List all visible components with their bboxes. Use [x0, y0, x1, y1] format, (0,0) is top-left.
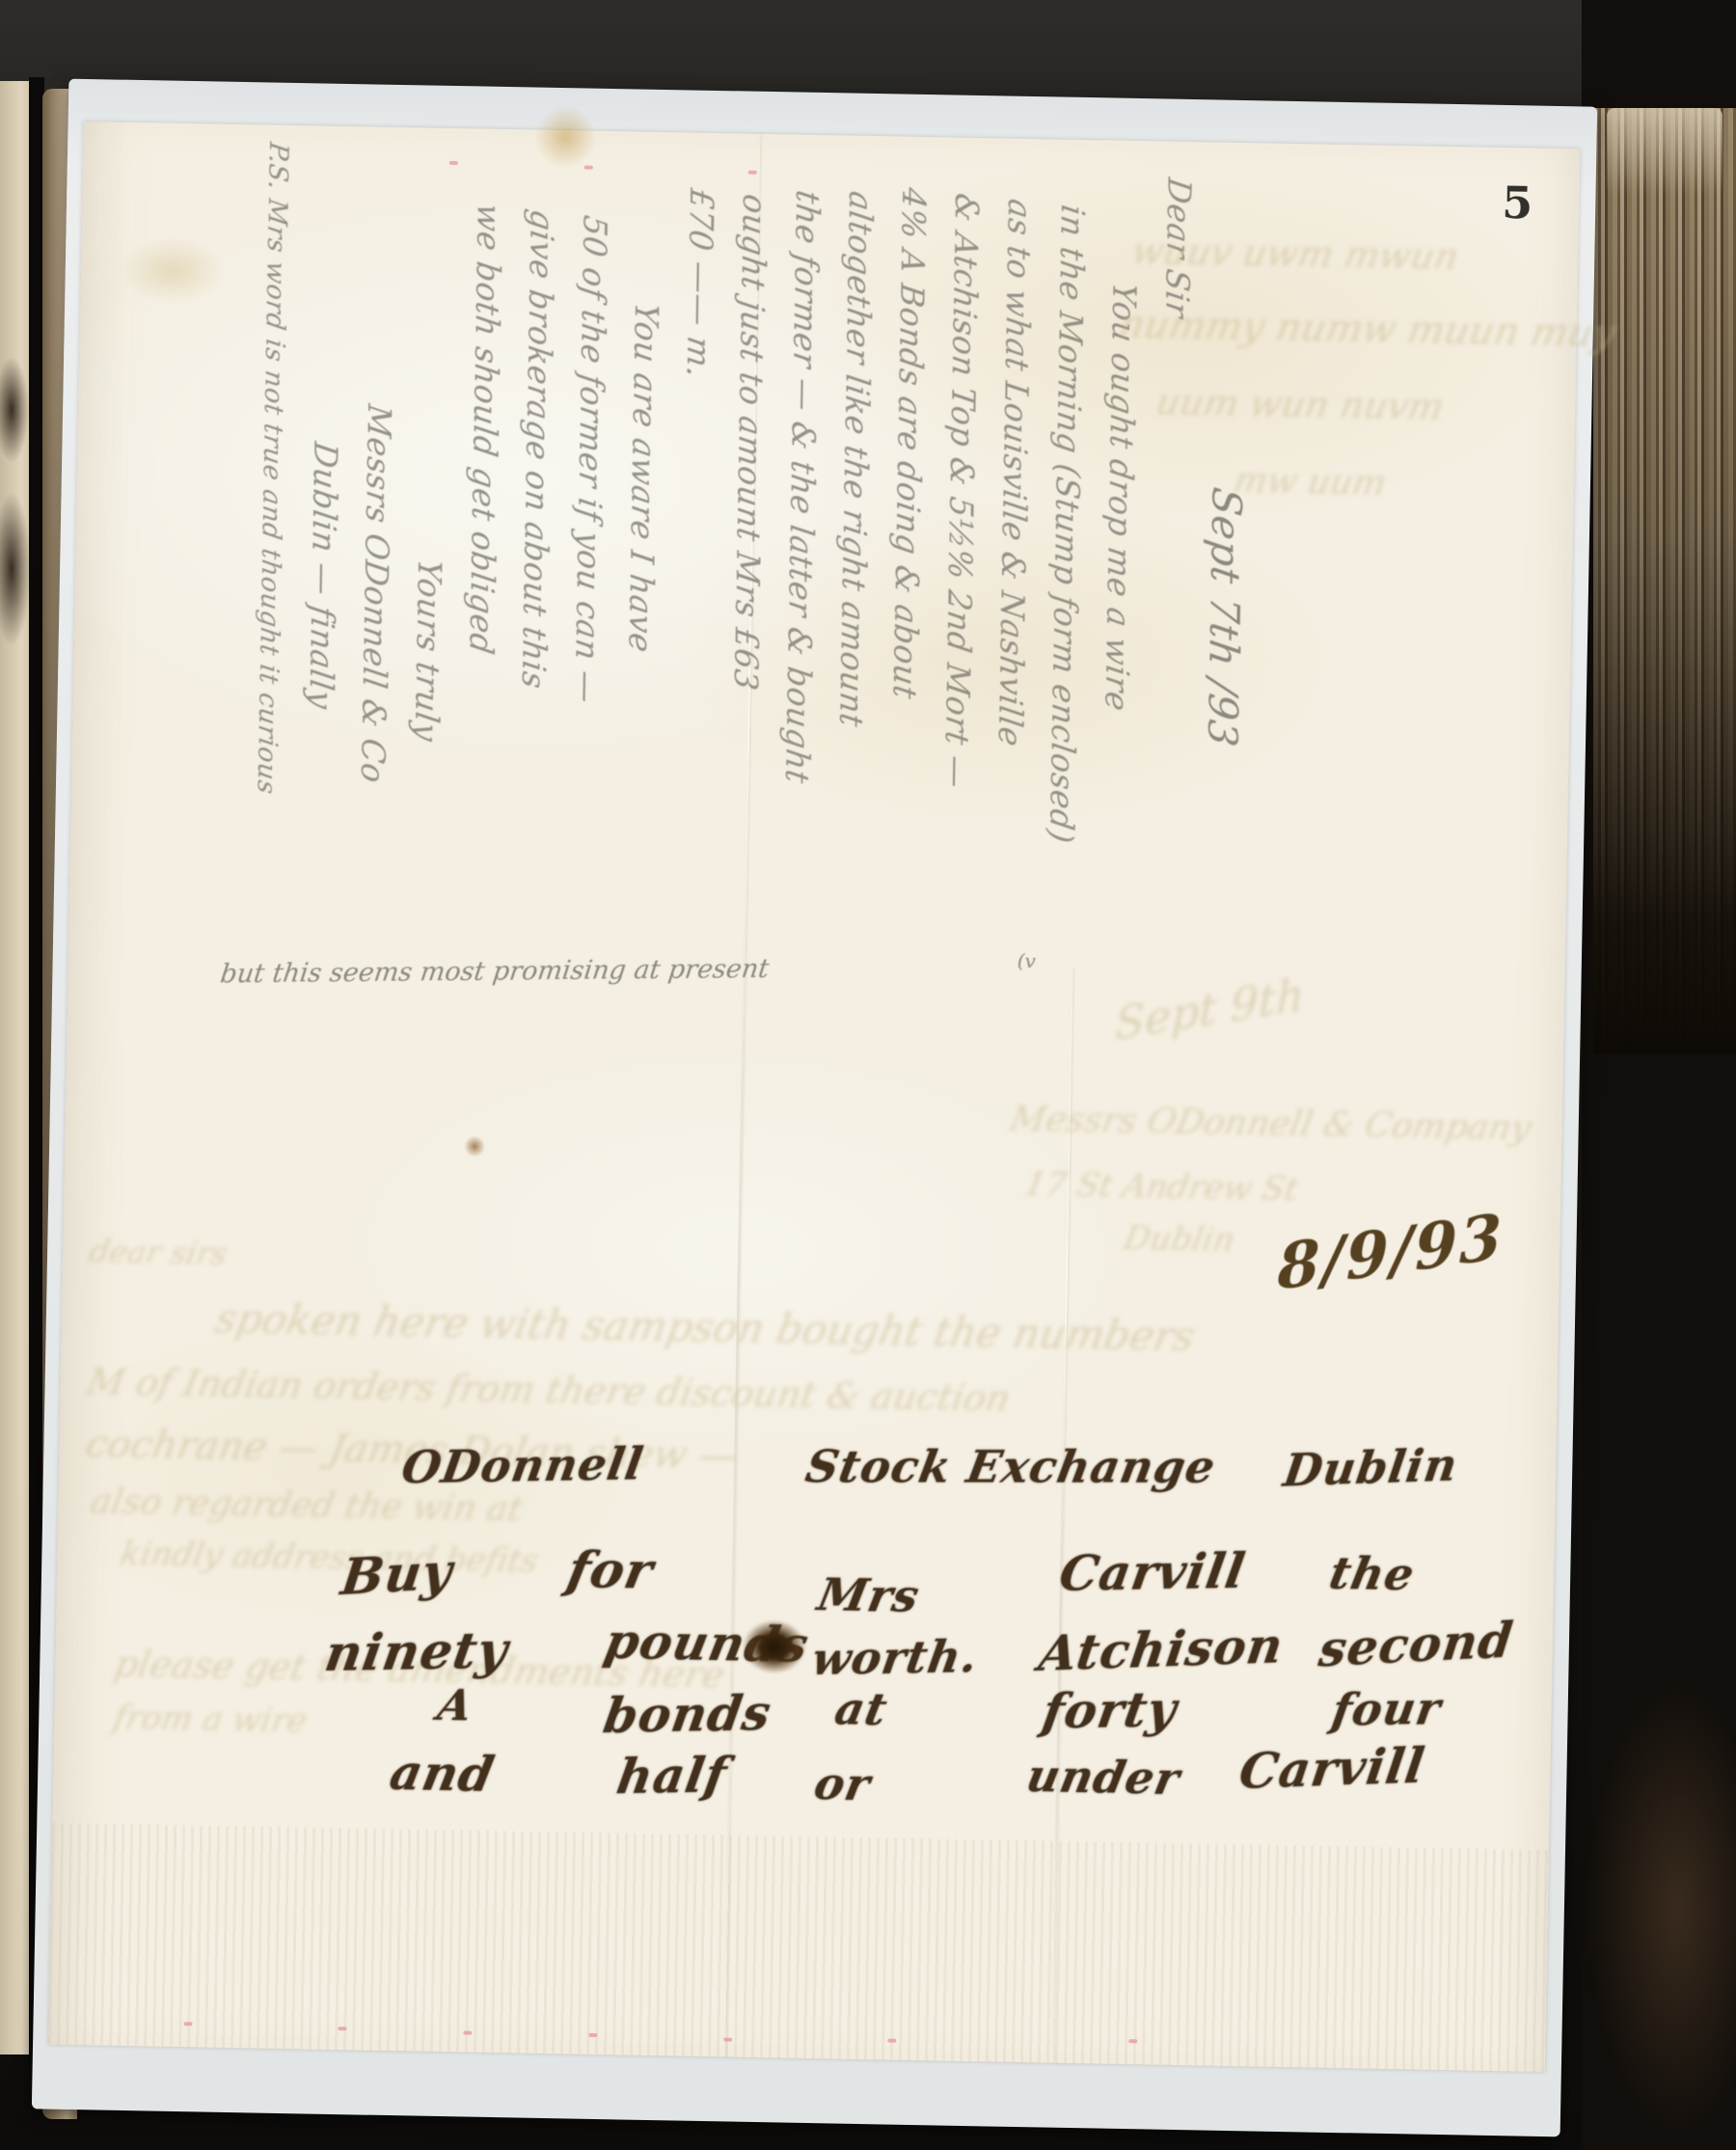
telegram-word: under — [1022, 1750, 1184, 1805]
ghost-line: wuuv uwm mwun — [1128, 230, 1462, 278]
telegram-word: Dublin — [1280, 1438, 1460, 1496]
page-assembly: 5 Sept 7th /93 Dear Sir You ought drop m… — [32, 79, 1597, 2137]
stain — [119, 236, 226, 306]
ghost-line: dear sirs — [86, 1233, 231, 1271]
telegram-word: second — [1316, 1611, 1516, 1678]
ghost-line: nummy numw muun muy — [1115, 303, 1618, 356]
ghost-line: from a wire — [110, 1699, 311, 1741]
pencil-letter-rotated: Sept 7th /93 Dear Sir You ought drop me … — [222, 142, 1260, 1023]
telegram-word: or — [810, 1757, 875, 1810]
ghost-line: Dublin — [1121, 1219, 1238, 1260]
pencil-annotation: but this seems most promising at present — [218, 954, 771, 991]
letter-closing: Yours truly — [395, 557, 456, 1013]
page-stack-edge — [1593, 108, 1736, 1053]
telegram-word: ODonnell — [398, 1437, 647, 1493]
letter-place: Dublin — finally — [289, 439, 353, 1011]
stain — [464, 1135, 485, 1157]
ghost-line: uum wun nuvm — [1153, 380, 1448, 427]
telegram-word: Mrs — [813, 1568, 924, 1622]
telegram-word: Stock Exchange — [801, 1441, 1219, 1493]
photograph-of-letterbook: { "document": { "page_number": "5", "ink… — [0, 0, 1736, 2150]
letter-signature: Messrs ODonnell & Co — [342, 401, 406, 1012]
telegram-word: half — [613, 1746, 732, 1805]
ghost-line: M of Indian orders from there discount &… — [83, 1360, 1014, 1419]
cover-gloss-highlight — [1589, 1399, 1736, 2150]
ghost-line: spoken here with sampson bought the numb… — [211, 1295, 1199, 1360]
telegram-word: four — [1328, 1682, 1445, 1736]
telegram-word: worth. — [808, 1630, 982, 1685]
telegram-word: forty — [1039, 1680, 1181, 1739]
telegram-word: for — [562, 1541, 658, 1601]
telegram-word: Carvill — [1056, 1542, 1250, 1602]
ink-date: 8/9/93 — [1277, 1206, 1504, 1299]
telegram-word: Carvill — [1235, 1737, 1428, 1801]
ghost-line: Messrs ODonnell & Company — [1007, 1100, 1534, 1149]
check-mark: (v — [1017, 951, 1036, 970]
telegram-word: Buy — [338, 1542, 455, 1607]
telegram-word: Atchison — [1036, 1617, 1288, 1682]
page-number: 5 — [1502, 180, 1535, 226]
telegram-word: ninety — [321, 1621, 512, 1683]
ghost-line: kindly address and befits — [118, 1535, 542, 1581]
letter-date-line: Sept 7th /93 — [1191, 484, 1254, 1027]
telegram-word: bonds — [600, 1684, 775, 1744]
ghost-line: mw uum — [1231, 461, 1390, 503]
ghost-line: 17 St Andrew St — [1021, 1165, 1302, 1209]
telegram-word: at — [830, 1683, 892, 1736]
letterpress-page: 5 Sept 7th /93 Dear Sir You ought drop m… — [48, 122, 1580, 2072]
telegram-word: the — [1325, 1547, 1419, 1600]
page-stack-highlight — [1607, 108, 1722, 195]
telegram-word: and — [386, 1744, 500, 1803]
